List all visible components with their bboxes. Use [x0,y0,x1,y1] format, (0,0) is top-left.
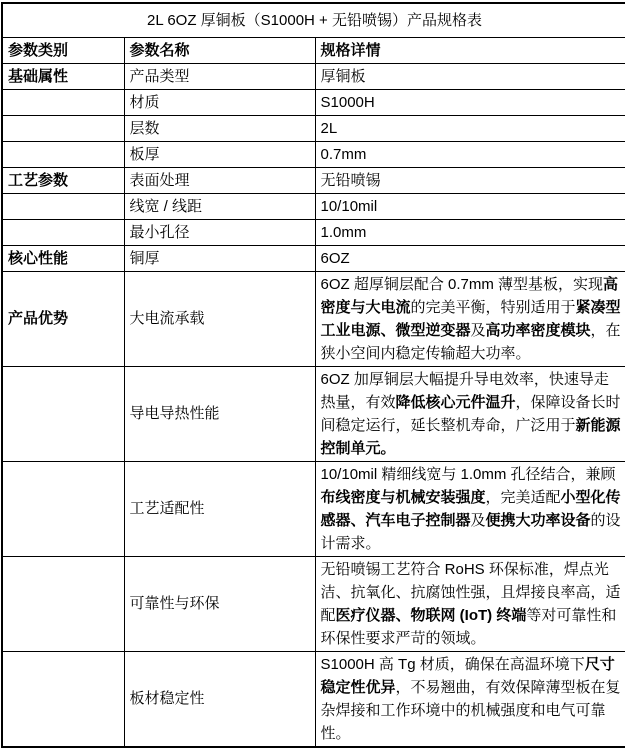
category-cell: 工艺参数 [2,167,124,193]
table-row: 基础属性产品类型厚铜板 [2,63,625,89]
spec-detail-cell: 10/10mil [315,193,625,219]
parameter-name-cell: 线宽 / 线距 [124,193,315,219]
spec-detail-cell: 2L [315,115,625,141]
category-cell [2,193,124,219]
spec-detail-cell: 1.0mm [315,219,625,245]
highlighted-text: 医疗仪器、物联网 (IoT) 终端 [336,607,527,624]
highlighted-text: 新能源控制单元。 [321,417,621,457]
spec-detail-cell: 10/10mil 精细线宽与 1.0mm 孔径结合，兼顾布线密度与机械安装强度，… [315,461,625,556]
column-header-name: 参数名称 [124,37,315,63]
highlighted-text: 降低核心元件温升 [396,394,516,411]
table-row: 产品优势大电流承载6OZ 超厚铜层配合 0.7mm 薄型基板，实现高密度与大电流… [2,271,625,366]
parameter-name-cell: 材质 [124,89,315,115]
parameter-name-cell: 导电导热性能 [124,366,315,461]
spec-detail-cell: 无铅喷锡 [315,167,625,193]
category-cell [2,141,124,167]
parameter-name-cell: 层数 [124,115,315,141]
table-row: 最小孔径1.0mm [2,219,625,245]
highlighted-text: 尺寸稳定性优异 [321,656,615,696]
table-row: 可靠性与环保无铅喷锡工艺符合 RoHS 环保标准，焊点光洁、抗氧化、抗腐蚀性强，… [2,556,625,651]
spec-detail-cell: 无铅喷锡工艺符合 RoHS 环保标准，焊点光洁、抗氧化、抗腐蚀性强，且焊接良率高… [315,556,625,651]
category-cell: 核心性能 [2,245,124,271]
table-row: 工艺适配性10/10mil 精细线宽与 1.0mm 孔径结合，兼顾布线密度与机械… [2,461,625,556]
table-row: 核心性能铜厚6OZ [2,245,625,271]
parameter-name-cell: 产品类型 [124,63,315,89]
product-spec-table: 2L 6OZ 厚铜板（S1000H + 无铅喷锡）产品规格表 参数类别 参数名称… [1,2,625,748]
category-cell [2,219,124,245]
category-cell: 基础属性 [2,63,124,89]
category-cell [2,556,124,651]
highlighted-text: 高功率密度模块 [486,322,591,339]
parameter-name-cell: 板厚 [124,141,315,167]
parameter-name-cell: 最小孔径 [124,219,315,245]
highlighted-text: 高密度与大电流 [321,276,619,316]
category-cell [2,461,124,556]
parameter-name-cell: 可靠性与环保 [124,556,315,651]
category-cell [2,89,124,115]
table-title: 2L 6OZ 厚铜板（S1000H + 无铅喷锡）产品规格表 [2,3,625,37]
table-row: 材质S1000H [2,89,625,115]
column-header-detail: 规格详情 [315,37,625,63]
table-row: 工艺参数表面处理无铅喷锡 [2,167,625,193]
highlighted-text: 布线密度与机械安装强度 [321,489,486,506]
parameter-name-cell: 铜厚 [124,245,315,271]
highlighted-text: 便携大功率设备 [486,512,591,529]
category-cell [2,366,124,461]
parameter-name-cell: 板材稳定性 [124,651,315,747]
table-title-row: 2L 6OZ 厚铜板（S1000H + 无铅喷锡）产品规格表 [2,3,625,37]
column-header-category: 参数类别 [2,37,124,63]
table-row: 板材稳定性S1000H 高 Tg 材质，确保在高温环境下尺寸稳定性优异，不易翘曲… [2,651,625,747]
spec-detail-cell: S1000H 高 Tg 材质，确保在高温环境下尺寸稳定性优异，不易翘曲，有效保障… [315,651,625,747]
spec-detail-cell: 0.7mm [315,141,625,167]
table-row: 板厚0.7mm [2,141,625,167]
table-row: 线宽 / 线距10/10mil [2,193,625,219]
parameter-name-cell: 大电流承载 [124,271,315,366]
spec-detail-cell: 6OZ [315,245,625,271]
table-row: 导电导热性能6OZ 加厚铜层大幅提升导电效率，快速导走热量，有效降低核心元件温升… [2,366,625,461]
spec-detail-cell: 厚铜板 [315,63,625,89]
table-row: 层数2L [2,115,625,141]
table-header-row: 参数类别 参数名称 规格详情 [2,37,625,63]
parameter-name-cell: 工艺适配性 [124,461,315,556]
spec-detail-cell: 6OZ 加厚铜层大幅提升导电效率，快速导走热量，有效降低核心元件温升，保障设备长… [315,366,625,461]
spec-detail-cell: S1000H [315,89,625,115]
category-cell: 产品优势 [2,271,124,366]
category-cell [2,651,124,747]
page: 2L 6OZ 厚铜板（S1000H + 无铅喷锡）产品规格表 参数类别 参数名称… [0,0,625,748]
parameter-name-cell: 表面处理 [124,167,315,193]
spec-detail-cell: 6OZ 超厚铜层配合 0.7mm 薄型基板，实现高密度与大电流的完美平衡，特别适… [315,271,625,366]
category-cell [2,115,124,141]
